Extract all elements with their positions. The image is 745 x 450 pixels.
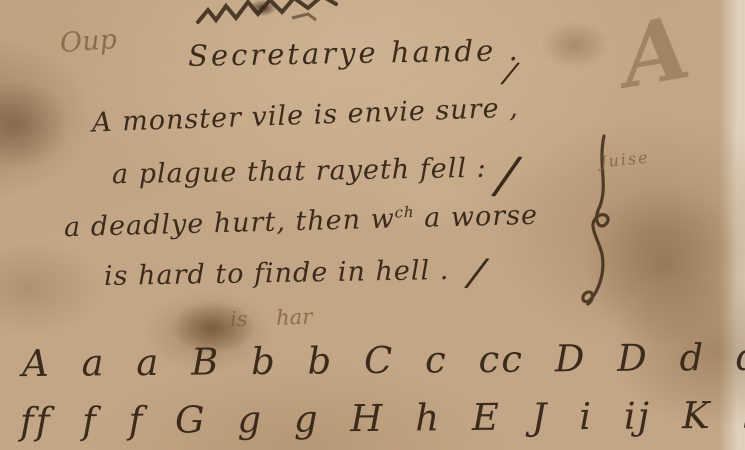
verse-line-4: is hard to finde in hell . [104, 255, 450, 292]
verse-line-3-pre: a deadlye hurt, then w [64, 204, 395, 244]
margin-note: Juise [599, 147, 650, 171]
practice-line: is har [230, 305, 313, 332]
verse-line-2: a plague that rayeth fell : [112, 153, 487, 191]
manuscript-page: Oup Secretarye hande . / A A monster vil… [0, 0, 745, 450]
verse-slash-mark-1: / [494, 145, 520, 207]
page-title: Secretarye hande . [188, 33, 521, 73]
corner-mark: Oup [59, 24, 118, 59]
alphabet-row-1: A a a B b b C c cc D D d d E e ee [22, 334, 745, 385]
verse-line-3-post: a worse [414, 200, 538, 234]
alphabet-row-2: ff f f G g g H h E J i ij K k k k L [20, 392, 745, 443]
verse-line-3: a deadlye hurt, then wch a worse [64, 200, 539, 243]
verse-slash-mark-2: / [466, 249, 487, 297]
verse-line-3-superscript: ch [394, 203, 414, 222]
stain-left-edge [0, 80, 70, 170]
verse-line-1: A monster vile is envie sure , [92, 93, 520, 139]
scribble-mark [196, 0, 346, 30]
monogram: A [614, 0, 697, 108]
stain-title-right [540, 20, 610, 70]
